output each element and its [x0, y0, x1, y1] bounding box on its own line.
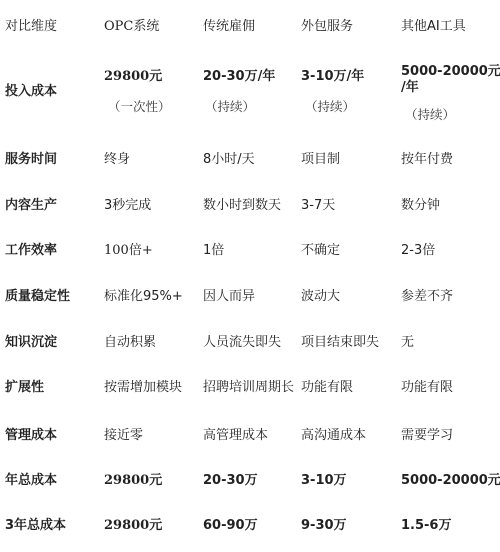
cell-value: 需要学习 — [401, 428, 453, 444]
cell-value: 按年付费 — [401, 152, 453, 168]
row-label: 质量稳定性 — [5, 289, 70, 305]
cell-value: 数分钟 — [401, 198, 440, 214]
header-traditional: 传统雇佣 — [203, 19, 255, 35]
cell-value: 3秒完成 — [104, 198, 151, 214]
cell-value: 29800元 — [104, 518, 162, 534]
cell-value: 功能有限 — [401, 380, 453, 396]
cell-value: 100倍+ — [104, 243, 153, 259]
cell-value: 终身 — [104, 152, 130, 168]
cell-value: 数小时到数天 — [203, 198, 281, 214]
cell-value: 高管理成本 — [203, 428, 268, 444]
cell-value: 无 — [401, 335, 414, 351]
cell-value: 60-90万 — [203, 518, 258, 534]
row-label: 知识沉淀 — [5, 335, 57, 351]
cell-value: 8小时/天 — [203, 152, 255, 168]
cell-value: 29800元 — [104, 69, 162, 85]
cell-value: 标准化95%+ — [104, 289, 183, 305]
cell-value: 5000-20000元 — [401, 473, 500, 489]
cell-note: （持续） — [405, 107, 455, 123]
cell-value: 20-30万 — [203, 473, 258, 489]
cell-value: 高沟通成本 — [301, 428, 366, 444]
cell-value: 不确定 — [301, 243, 340, 259]
cell-value: 波动大 — [301, 289, 340, 305]
cell-value: 人员流失即失 — [203, 335, 281, 351]
cell-value: 29800元 — [104, 473, 162, 489]
cell-value: 20-30万/年 — [203, 69, 275, 85]
cell-value: 因人而异 — [203, 289, 255, 305]
cell-note: （持续） — [305, 99, 355, 115]
cell-value: 项目结束即失 — [301, 335, 379, 351]
header-dimension: 对比维度 — [5, 19, 57, 35]
row-label: 工作效率 — [5, 243, 57, 259]
cell-value: 参差不齐 — [401, 289, 453, 305]
header-opc: OPC系统 — [104, 19, 159, 35]
row-label: 内容生产 — [5, 198, 57, 214]
cell-value-cont: /年 — [401, 80, 419, 96]
cell-value: 9-30万 — [301, 518, 347, 534]
cell-value: 3-10万/年 — [301, 69, 364, 85]
cell-value: 招聘培训周期长 — [203, 380, 294, 396]
row-label: 3年总成本 — [5, 518, 66, 534]
cell-value: 自动积累 — [104, 335, 156, 351]
cell-value: 1倍 — [203, 243, 224, 259]
cell-value: 按需增加模块 — [104, 380, 182, 396]
cell-value: 3-10万 — [301, 473, 347, 489]
cell-value: 接近零 — [104, 428, 143, 444]
row-label: 年总成本 — [5, 473, 57, 489]
cell-value: 5000-20000元 — [401, 64, 500, 80]
cell-value: 项目制 — [301, 152, 340, 168]
row-label: 扩展性 — [5, 380, 44, 396]
cell-note: （持续） — [205, 99, 255, 115]
cell-value: 3-7天 — [301, 198, 335, 214]
cell-value: 2-3倍 — [401, 243, 435, 259]
cell-value: 1.5-6万 — [401, 518, 451, 534]
header-other-ai: 其他AI工具 — [401, 19, 466, 35]
cell-note: （一次性） — [108, 99, 171, 115]
row-label: 投入成本 — [5, 84, 57, 100]
header-outsourcing: 外包服务 — [301, 19, 353, 35]
row-label: 管理成本 — [5, 428, 57, 444]
cell-value: 功能有限 — [301, 380, 353, 396]
row-label: 服务时间 — [5, 152, 57, 168]
